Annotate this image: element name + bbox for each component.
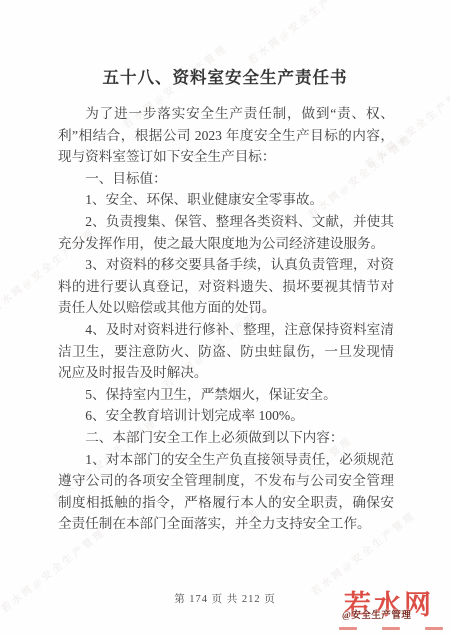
paragraph: 一、目标值：: [58, 168, 394, 190]
wechat-handle-overlay: @安全生产管理: [342, 607, 411, 621]
paragraph: 为了进一步落实安全生产责任制，做到“责、权、利”相结合，根据公司 2023 年度…: [58, 103, 394, 168]
document-title: 五十八、资料室安全生产责任书: [0, 64, 450, 88]
document-body: 为了进一步落实安全生产责任制，做到“责、权、利”相结合，根据公司 2023 年度…: [58, 103, 394, 535]
paragraph: 6、安全教育培训计划完成率 100%。: [58, 405, 394, 427]
paragraph: 4、及时对资料进行修补、整理，注意保持资料室清洁卫生，要注意防火、防盗、防虫蛀鼠…: [58, 319, 394, 384]
diagonal-watermark: 若水网@安全生产管理: [244, 0, 355, 67]
paragraph: 1、对本部门的安全生产负直接领导责任，必须规范遵守公司的各项安全管理制度，不发布…: [58, 449, 394, 535]
paragraph: 2、负责搜集、保管、整理各类资料、文献，并使其充分发挥作用，使之最大限度地为公司…: [58, 211, 394, 254]
paragraph: 3、对资料的移交要具备手续，认真负责管理，对资料的进行要认真登记，对资料遗失、损…: [58, 254, 394, 319]
document-page: 若水网@安全生产管理 若水网@安全生产管理 若水网@安全生产管理 若水网@安全生…: [0, 0, 450, 636]
logo-fragment: [382, 627, 400, 630]
paragraph: 5、保持室内卫生，严禁烟火，保证安全。: [58, 384, 394, 406]
logo-fragment-marks: [339, 627, 443, 630]
paragraph: 1、安全、环保、职业健康安全零事故。: [58, 189, 394, 211]
logo-fragment: [425, 627, 443, 630]
paragraph: 二、本部门安全工作上必须做到以下内容：: [58, 427, 394, 449]
ruoshui-brand-watermark: 若水网 @安全生产管理: [329, 590, 449, 632]
logo-fragment: [339, 627, 357, 630]
paragraph-list: 为了进一步落实安全生产责任制，做到“责、权、利”相结合，根据公司 2023 年度…: [58, 103, 394, 535]
